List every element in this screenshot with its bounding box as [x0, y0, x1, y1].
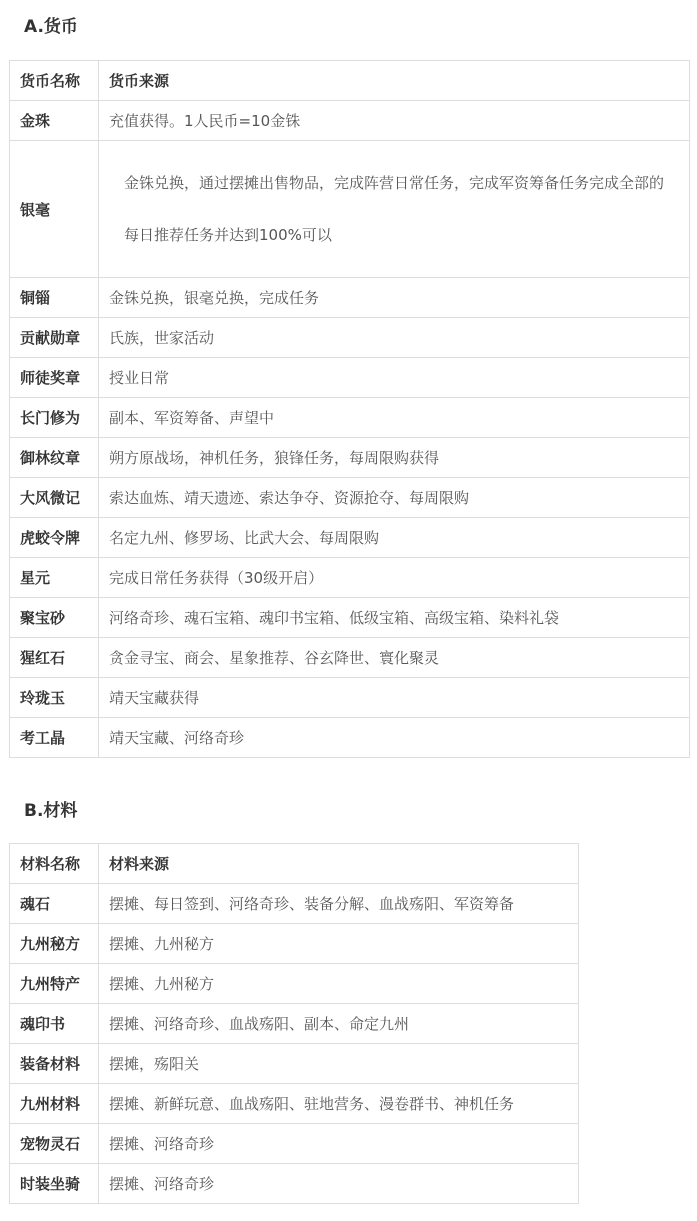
table-row: 贡献勋章氏族，世家活动	[10, 318, 690, 358]
table-row: 九州特产摆摊、九州秘方	[10, 964, 579, 1004]
material-source: 摆摊、河络奇珍	[99, 1164, 579, 1204]
currency-name: 玲珑玉	[10, 678, 99, 718]
currency-source: 充值获得。1人民币=10金铢	[99, 101, 690, 141]
material-source: 摆摊、河络奇珍、血战殇阳、副本、命定九州	[99, 1004, 579, 1044]
currency-table: 货币名称 货币来源 金珠充值获得。1人民币=10金铢 银毫金铢兑换，通过摆摊出售…	[9, 60, 690, 758]
material-source: 摆摊、九州秘方	[99, 924, 579, 964]
header-name: 材料名称	[10, 844, 99, 884]
currency-name: 考工晶	[10, 718, 99, 758]
currency-name: 金珠	[10, 101, 99, 141]
section-title-materials: B.材料	[24, 796, 77, 821]
currency-name: 御林纹章	[10, 438, 99, 478]
table-row: 装备材料摆摊，殇阳关	[10, 1044, 579, 1084]
table-row: 猩红石贪金寻宝、商会、星象推荐、谷玄降世、寰化聚灵	[10, 638, 690, 678]
table-row: 魂印书摆摊、河络奇珍、血战殇阳、副本、命定九州	[10, 1004, 579, 1044]
table-header-row: 货币名称 货币来源	[10, 61, 690, 101]
currency-name: 长门修为	[10, 398, 99, 438]
table-row: 聚宝砂河络奇珍、魂石宝箱、魂印书宝箱、低级宝箱、高级宝箱、染料礼袋	[10, 598, 690, 638]
table-row: 考工晶靖天宝藏、河络奇珍	[10, 718, 690, 758]
table-row: 师徒奖章授业日常	[10, 358, 690, 398]
table-header-row: 材料名称 材料来源	[10, 844, 579, 884]
currency-source: 氏族，世家活动	[99, 318, 690, 358]
material-name: 时装坐骑	[10, 1164, 99, 1204]
currency-source: 金铢兑换，通过摆摊出售物品，完成阵营日常任务，完成军资筹备任务完成全部的每日推荐…	[99, 141, 690, 278]
material-source: 摆摊、河络奇珍	[99, 1124, 579, 1164]
header-name: 货币名称	[10, 61, 99, 101]
table-row: 九州秘方摆摊、九州秘方	[10, 924, 579, 964]
material-name: 魂石	[10, 884, 99, 924]
table-row: 银毫金铢兑换，通过摆摊出售物品，完成阵营日常任务，完成军资筹备任务完成全部的每日…	[10, 141, 690, 278]
table-row: 虎蛟令牌名定九州、修罗场、比武大会、每周限购	[10, 518, 690, 558]
currency-name: 铜锱	[10, 278, 99, 318]
table-row: 宠物灵石摆摊、河络奇珍	[10, 1124, 579, 1164]
currency-name: 大风微记	[10, 478, 99, 518]
currency-source: 朔方原战场，神机任务，狼锋任务，每周限购获得	[99, 438, 690, 478]
currency-source: 名定九州、修罗场、比武大会、每周限购	[99, 518, 690, 558]
material-name: 魂印书	[10, 1004, 99, 1044]
material-name: 宠物灵石	[10, 1124, 99, 1164]
table-row: 大风微记索达血炼、靖天遗迹、索达争夺、资源抢夺、每周限购	[10, 478, 690, 518]
material-name: 九州秘方	[10, 924, 99, 964]
material-source: 摆摊、九州秘方	[99, 964, 579, 1004]
currency-source: 贪金寻宝、商会、星象推荐、谷玄降世、寰化聚灵	[99, 638, 690, 678]
material-name: 九州材料	[10, 1084, 99, 1124]
material-source: 摆摊、每日签到、河络奇珍、装备分解、血战殇阳、军资筹备	[99, 884, 579, 924]
table-row: 玲珑玉靖天宝藏获得	[10, 678, 690, 718]
table-row: 金珠充值获得。1人民币=10金铢	[10, 101, 690, 141]
currency-source: 靖天宝藏、河络奇珍	[99, 718, 690, 758]
currency-source: 副本、军资筹备、声望中	[99, 398, 690, 438]
material-name: 九州特产	[10, 964, 99, 1004]
table-row: 御林纹章朔方原战场，神机任务，狼锋任务，每周限购获得	[10, 438, 690, 478]
currency-source: 靖天宝藏获得	[99, 678, 690, 718]
currency-name: 猩红石	[10, 638, 99, 678]
currency-name: 聚宝砂	[10, 598, 99, 638]
material-name: 装备材料	[10, 1044, 99, 1084]
table-row: 星元完成日常任务获得（30级开启）	[10, 558, 690, 598]
table-row: 九州材料摆摊、新鲜玩意、血战殇阳、驻地营务、漫卷群书、神机任务	[10, 1084, 579, 1124]
material-source: 摆摊、新鲜玩意、血战殇阳、驻地营务、漫卷群书、神机任务	[99, 1084, 579, 1124]
material-source: 摆摊，殇阳关	[99, 1044, 579, 1084]
table-row: 魂石摆摊、每日签到、河络奇珍、装备分解、血战殇阳、军资筹备	[10, 884, 579, 924]
table-row: 时装坐骑摆摊、河络奇珍	[10, 1164, 579, 1204]
header-source: 货币来源	[99, 61, 690, 101]
currency-source: 河络奇珍、魂石宝箱、魂印书宝箱、低级宝箱、高级宝箱、染料礼袋	[99, 598, 690, 638]
currency-source: 金铢兑换，银毫兑换，完成任务	[99, 278, 690, 318]
currency-name: 虎蛟令牌	[10, 518, 99, 558]
currency-name: 银毫	[10, 141, 99, 278]
materials-table: 材料名称 材料来源 魂石摆摊、每日签到、河络奇珍、装备分解、血战殇阳、军资筹备 …	[9, 843, 579, 1204]
currency-source: 索达血炼、靖天遗迹、索达争夺、资源抢夺、每周限购	[99, 478, 690, 518]
header-source: 材料来源	[99, 844, 579, 884]
currency-name: 星元	[10, 558, 99, 598]
currency-source: 完成日常任务获得（30级开启）	[99, 558, 690, 598]
currency-name: 师徒奖章	[10, 358, 99, 398]
section-title-currency: A.货币	[24, 12, 78, 37]
table-row: 铜锱金铢兑换，银毫兑换，完成任务	[10, 278, 690, 318]
table-row: 长门修为副本、军资筹备、声望中	[10, 398, 690, 438]
currency-source: 授业日常	[99, 358, 690, 398]
currency-name: 贡献勋章	[10, 318, 99, 358]
